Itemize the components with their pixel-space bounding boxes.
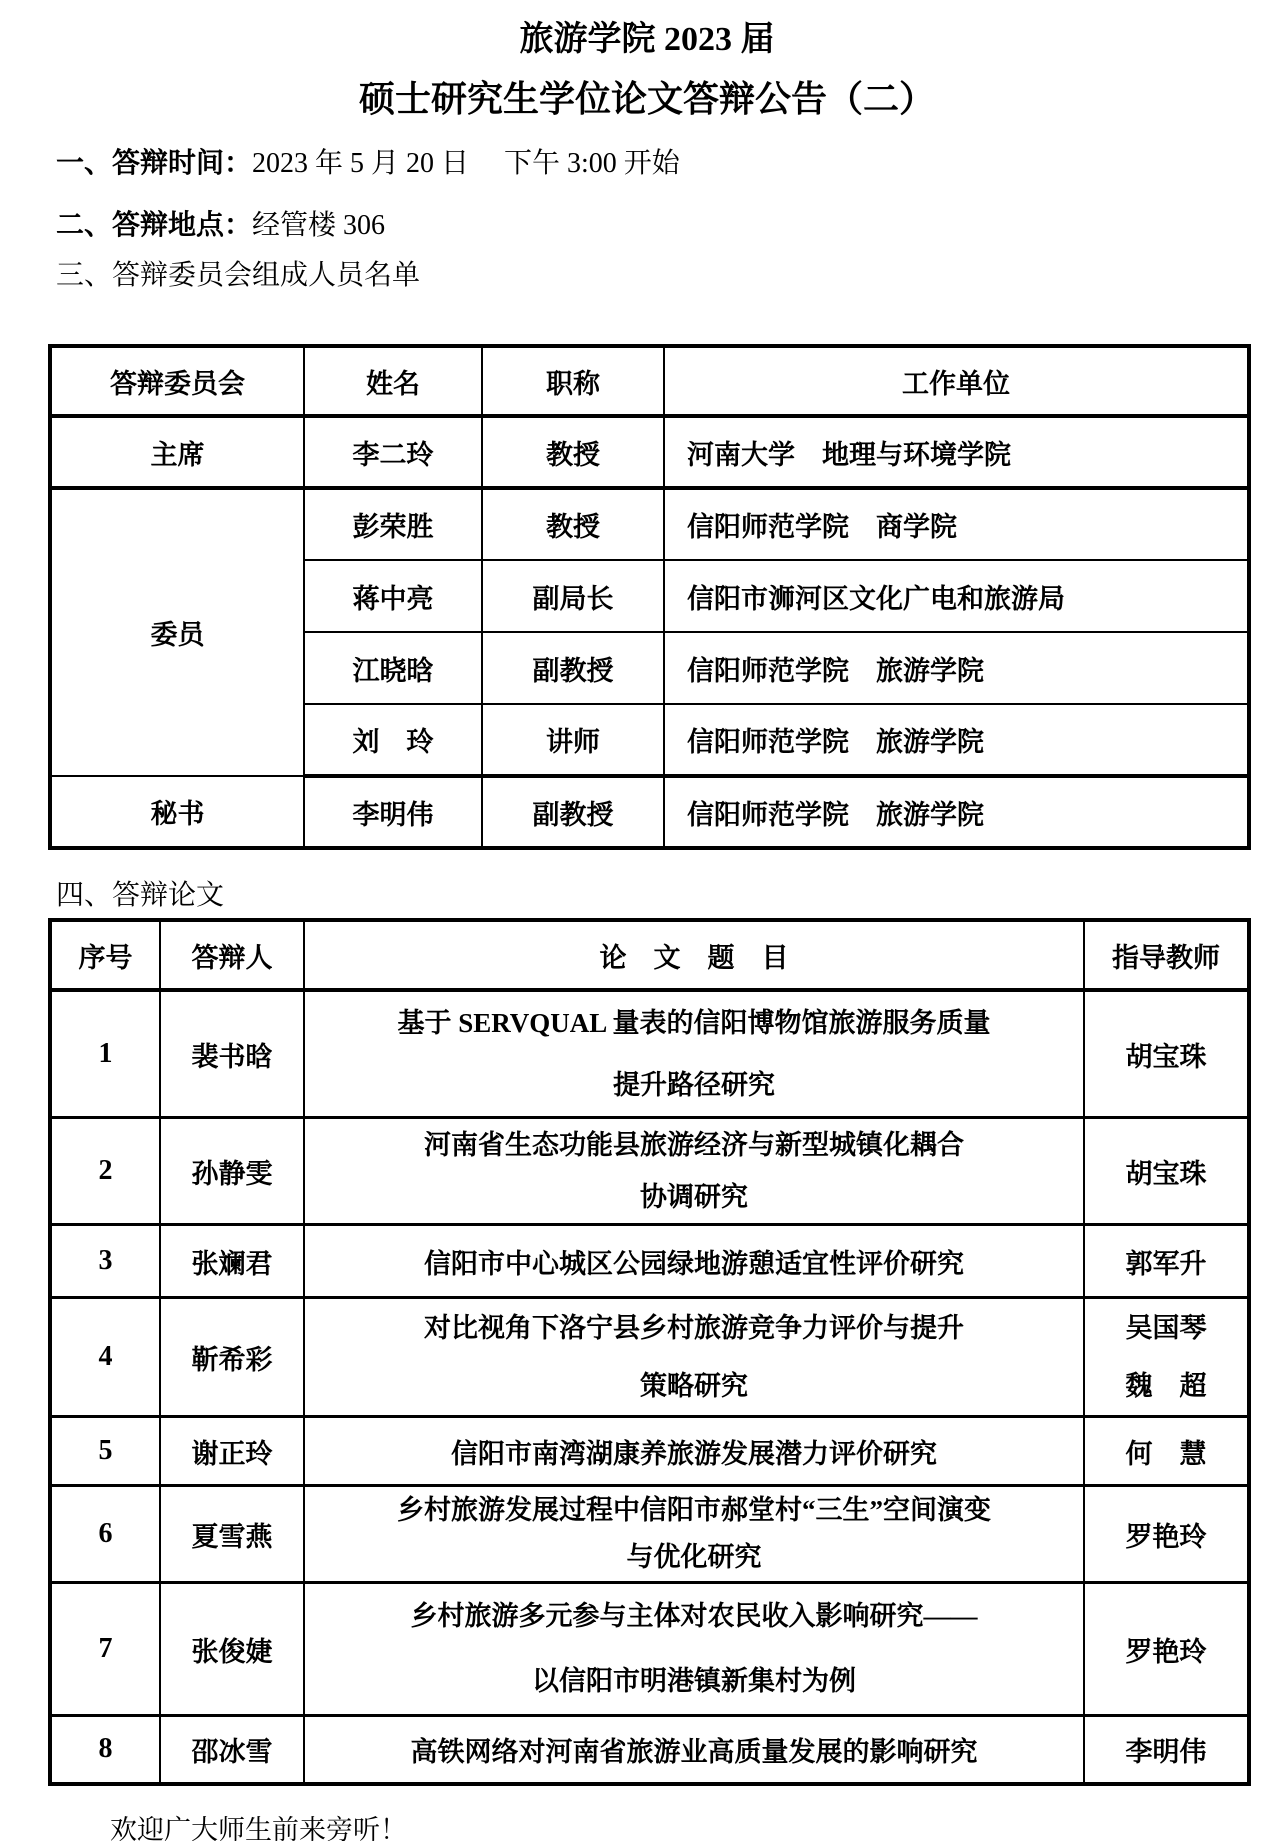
- defense-time-value: 2023 年 5 月 20 日 下午 3:00 开始: [252, 148, 680, 179]
- thesis-mentor: 胡宝珠: [1084, 1118, 1249, 1225]
- committee-header-name: 姓名: [304, 346, 482, 416]
- thesis-mentor: 李明伟: [1084, 1716, 1249, 1784]
- thesis-section-heading: 四、答辩论文: [56, 878, 1246, 914]
- thesis-defender: 孙静雯: [160, 1118, 304, 1225]
- thesis-title-line: 协调研究: [305, 1171, 1083, 1223]
- thesis-title: 信阳市南湾湖康养旅游发展潜力评价研究: [304, 1417, 1084, 1486]
- thesis-mentor-line: 吴国琴: [1085, 1299, 1247, 1357]
- thesis-defender: 靳希彩: [160, 1298, 304, 1417]
- committee-row-member: 委员 彭荣胜 教授 信阳师范学院 商学院: [50, 488, 1249, 560]
- committee-header-title: 职称: [482, 346, 664, 416]
- committee-name-cell: 刘 玲: [304, 704, 482, 776]
- committee-title-cell: 讲师: [482, 704, 664, 776]
- thesis-table: 序号 答辩人 论 文 题 目 指导教师 1 裴书晗 基于 SERVQUAL 量表…: [48, 918, 1251, 1786]
- thesis-mentor: 胡宝珠: [1084, 990, 1249, 1118]
- committee-name-cell: 蒋中亮: [304, 560, 482, 632]
- thesis-row: 5 谢正玲 信阳市南湾湖康养旅游发展潜力评价研究 何 慧: [50, 1417, 1249, 1486]
- thesis-mentor: 吴国琴 魏 超: [1084, 1298, 1249, 1417]
- committee-header-row: 答辩委员会 姓名 职称 工作单位: [50, 346, 1249, 416]
- committee-title-cell: 副局长: [482, 560, 664, 632]
- thesis-mentor: 何 慧: [1084, 1417, 1249, 1486]
- thesis-defender: 张斓君: [160, 1225, 304, 1298]
- document-subtitle: 硕士研究生学位论文答辩公告（二）: [48, 78, 1246, 120]
- thesis-title-line: 对比视角下洛宁县乡村旅游竞争力评价与提升: [305, 1299, 1083, 1357]
- thesis-no: 2: [50, 1118, 160, 1225]
- thesis-header-title: 论 文 题 目: [304, 920, 1084, 990]
- defense-place-value: 经管楼 306: [252, 210, 385, 241]
- welcome-note: 欢迎广大师生前来旁听！: [48, 1812, 1246, 1841]
- committee-org-cell: 信阳师范学院 旅游学院: [664, 704, 1249, 776]
- thesis-title-line: 信阳市南湾湖康养旅游发展潜力评价研究: [305, 1432, 1083, 1471]
- thesis-mentor: 郭军升: [1084, 1225, 1249, 1298]
- thesis-title: 对比视角下洛宁县乡村旅游竞争力评价与提升 策略研究: [304, 1298, 1084, 1417]
- thesis-mentor-line: 魏 超: [1085, 1357, 1247, 1415]
- committee-row-chair: 主席 李二玲 教授 河南大学 地理与环境学院: [50, 416, 1249, 488]
- committee-role-cell: 秘书: [50, 776, 304, 848]
- committee-title-cell: 副教授: [482, 632, 664, 704]
- defense-time-line: 一、答辩时间：2023 年 5 月 20 日 下午 3:00 开始: [56, 146, 1246, 182]
- thesis-title-line: 高铁网络对河南省旅游业高质量发展的影响研究: [305, 1730, 1083, 1769]
- committee-title-cell: 教授: [482, 488, 664, 560]
- committee-org-cell: 信阳师范学院 商学院: [664, 488, 1249, 560]
- defense-time-label: 一、答辩时间：: [56, 148, 252, 179]
- thesis-title-line: 乡村旅游发展过程中信阳市郝堂村“三生”空间演变: [305, 1487, 1083, 1534]
- document-title: 旅游学院 2023 届: [48, 20, 1246, 60]
- thesis-title-line: 提升路径研究: [305, 1054, 1083, 1116]
- committee-org-cell: 河南大学 地理与环境学院: [664, 416, 1249, 488]
- committee-name-cell: 彭荣胜: [304, 488, 482, 560]
- thesis-title-line: 与优化研究: [305, 1534, 1083, 1581]
- committee-org-cell: 信阳师范学院 旅游学院: [664, 776, 1249, 848]
- committee-org-cell: 信阳师范学院 旅游学院: [664, 632, 1249, 704]
- committee-name-cell: 江晓晗: [304, 632, 482, 704]
- thesis-header-no: 序号: [50, 920, 160, 990]
- committee-name-cell: 李二玲: [304, 416, 482, 488]
- thesis-no: 1: [50, 990, 160, 1118]
- thesis-defender: 裴书晗: [160, 990, 304, 1118]
- committee-row-secretary: 秘书 李明伟 副教授 信阳师范学院 旅游学院: [50, 776, 1249, 848]
- thesis-mentor: 罗艳玲: [1084, 1486, 1249, 1583]
- thesis-title: 乡村旅游发展过程中信阳市郝堂村“三生”空间演变 与优化研究: [304, 1486, 1084, 1583]
- thesis-title-line: 以信阳市明港镇新集村为例: [305, 1649, 1083, 1714]
- committee-role-cell: 委员: [50, 488, 304, 776]
- thesis-row: 8 邵冰雪 高铁网络对河南省旅游业高质量发展的影响研究 李明伟: [50, 1716, 1249, 1784]
- thesis-no: 3: [50, 1225, 160, 1298]
- thesis-no: 4: [50, 1298, 160, 1417]
- thesis-no: 5: [50, 1417, 160, 1486]
- committee-section-heading: 三、答辩委员会组成人员名单: [56, 258, 1246, 294]
- thesis-row: 2 孙静雯 河南省生态功能县旅游经济与新型城镇化耦合 协调研究 胡宝珠: [50, 1118, 1249, 1225]
- thesis-title: 信阳市中心城区公园绿地游憩适宜性评价研究: [304, 1225, 1084, 1298]
- document-page: 旅游学院 2023 届 硕士研究生学位论文答辩公告（二） 一、答辩时间：2023…: [0, 20, 1276, 1841]
- thesis-title: 河南省生态功能县旅游经济与新型城镇化耦合 协调研究: [304, 1118, 1084, 1225]
- committee-header-role: 答辩委员会: [50, 346, 304, 416]
- committee-header-org: 工作单位: [664, 346, 1249, 416]
- committee-title-cell: 副教授: [482, 776, 664, 848]
- thesis-no: 6: [50, 1486, 160, 1583]
- committee-table: 答辩委员会 姓名 职称 工作单位 主席 李二玲 教授 河南大学 地理与环境学院 …: [48, 344, 1251, 850]
- defense-place-label: 二、答辩地点：: [56, 210, 252, 241]
- thesis-row: 4 靳希彩 对比视角下洛宁县乡村旅游竞争力评价与提升 策略研究 吴国琴 魏 超: [50, 1298, 1249, 1417]
- thesis-title: 乡村旅游多元参与主体对农民收入影响研究—— 以信阳市明港镇新集村为例: [304, 1583, 1084, 1716]
- thesis-title-line: 信阳市中心城区公园绿地游憩适宜性评价研究: [305, 1242, 1083, 1281]
- thesis-row: 3 张斓君 信阳市中心城区公园绿地游憩适宜性评价研究 郭军升: [50, 1225, 1249, 1298]
- committee-name-cell: 李明伟: [304, 776, 482, 848]
- thesis-defender: 邵冰雪: [160, 1716, 304, 1784]
- thesis-title-line: 河南省生态功能县旅游经济与新型城镇化耦合: [305, 1119, 1083, 1171]
- thesis-row: 6 夏雪燕 乡村旅游发展过程中信阳市郝堂村“三生”空间演变 与优化研究 罗艳玲: [50, 1486, 1249, 1583]
- committee-role-cell: 主席: [50, 416, 304, 488]
- thesis-title-line: 策略研究: [305, 1357, 1083, 1415]
- defense-place-line: 二、答辩地点：经管楼 306: [56, 208, 1246, 244]
- thesis-header-mentor: 指导教师: [1084, 920, 1249, 990]
- thesis-title: 基于 SERVQUAL 量表的信阳博物馆旅游服务质量 提升路径研究: [304, 990, 1084, 1118]
- thesis-title: 高铁网络对河南省旅游业高质量发展的影响研究: [304, 1716, 1084, 1784]
- thesis-row: 7 张俊婕 乡村旅游多元参与主体对农民收入影响研究—— 以信阳市明港镇新集村为例…: [50, 1583, 1249, 1716]
- thesis-header-row: 序号 答辩人 论 文 题 目 指导教师: [50, 920, 1249, 990]
- thesis-row: 1 裴书晗 基于 SERVQUAL 量表的信阳博物馆旅游服务质量 提升路径研究 …: [50, 990, 1249, 1118]
- thesis-title-line: 基于 SERVQUAL 量表的信阳博物馆旅游服务质量: [305, 992, 1083, 1054]
- thesis-no: 8: [50, 1716, 160, 1784]
- thesis-title-line: 乡村旅游多元参与主体对农民收入影响研究——: [305, 1584, 1083, 1649]
- thesis-mentor: 罗艳玲: [1084, 1583, 1249, 1716]
- thesis-defender: 张俊婕: [160, 1583, 304, 1716]
- thesis-defender: 夏雪燕: [160, 1486, 304, 1583]
- committee-title-cell: 教授: [482, 416, 664, 488]
- thesis-defender: 谢正玲: [160, 1417, 304, 1486]
- thesis-no: 7: [50, 1583, 160, 1716]
- thesis-header-defender: 答辩人: [160, 920, 304, 990]
- committee-org-cell: 信阳市浉河区文化广电和旅游局: [664, 560, 1249, 632]
